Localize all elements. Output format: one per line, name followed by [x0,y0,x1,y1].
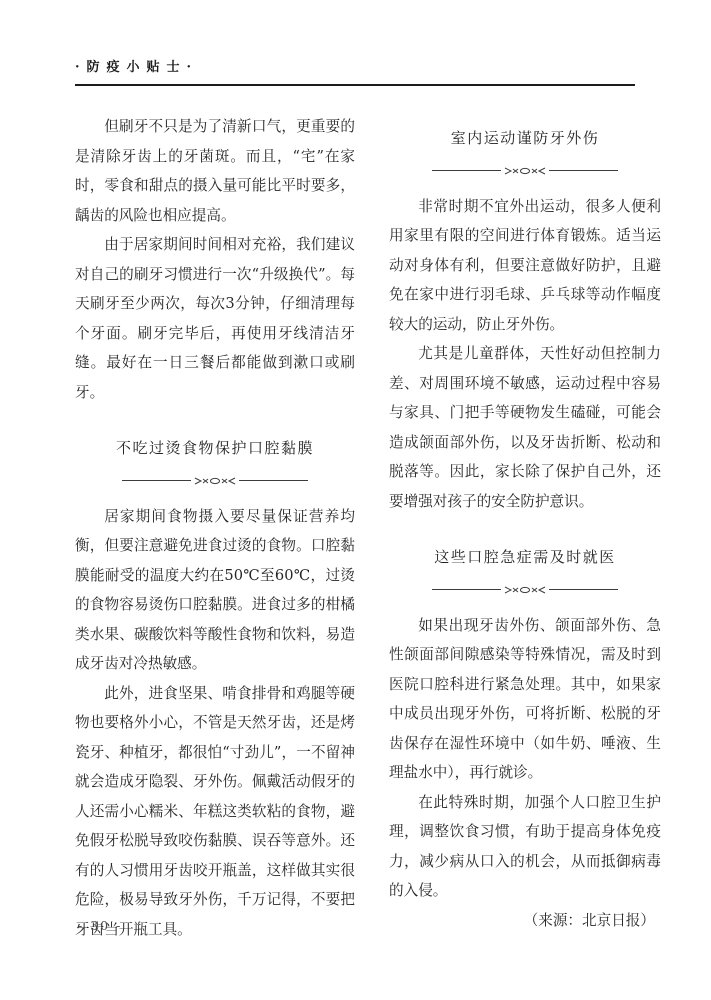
section-title: 这些口腔急症需及时就医 [389,543,661,573]
document-page: ·防疫小贴士· 但刷牙不只是为了清新口气，更重要的是清除牙齿上的牙菌斑。而且，“… [0,0,711,1000]
body-paragraph: 在此特殊时期，加强个人口腔卫生护理，调整饮食习惯，有助于提高身体免疫力，减少病从… [389,788,661,906]
section-divider [432,166,618,176]
section-title: 室内运动谨防牙外伤 [389,124,661,154]
divider-ornament-icon [504,585,546,595]
body-paragraph: 非常时期不宜外出运动，很多人便利用家里有限的空间进行体育锻炼。适当运动对身体有利… [389,192,661,340]
section-title: 不吃过烫食物保护口腔黏膜 [75,434,355,464]
page-number: - 30 - [78,918,122,933]
body-paragraph: 居家期间食物摄入要尽量保证营养均衡，但要注意避免进食过烫的食物。口腔黏膜能耐受的… [75,502,355,679]
page-header-title: ·防疫小贴士· [75,56,661,75]
section-divider [122,476,308,486]
two-column-body: 但刷牙不只是为了清新口气，更重要的是清除牙齿上的牙菌斑。而且，“宅”在家时，零食… [75,112,661,944]
body-paragraph: 此外，进食坚果、啃食排骨和鸡腿等硬物也要格外小心，不管是天然牙齿，还是烤瓷牙、种… [75,679,355,945]
right-column: 室内运动谨防牙外伤 非常时期不宜外出运动，很多人便利用家里有限的空间进行体育锻炼… [389,112,661,944]
divider-line [122,480,191,481]
divider-line [432,589,501,590]
body-paragraph: 尤其是儿童群体，天性好动但控制力差、对周围环境不敏感，运动过程中容易与家具、门把… [389,339,661,516]
divider-line [239,480,308,481]
left-column: 但刷牙不只是为了清新口气，更重要的是清除牙齿上的牙菌斑。而且，“宅”在家时，零食… [75,112,355,944]
divider-line [549,589,618,590]
divider-ornament-icon [194,476,236,486]
masthead: ·防疫小贴士· [75,56,661,86]
body-paragraph: 但刷牙不只是为了清新口气，更重要的是清除牙齿上的牙菌斑。而且，“宅”在家时，零食… [75,112,355,230]
divider-ornament-icon [504,166,546,176]
body-paragraph: 由于居家期间时间相对充裕，我们建议对自己的刷牙习惯进行一次“升级换代”。每天刷牙… [75,230,355,407]
divider-line [432,170,501,171]
section-divider [432,585,618,595]
source-attribution: （来源：北京日报） [389,906,661,936]
header-rule [75,84,635,86]
divider-line [549,170,618,171]
body-paragraph: 如果出现牙齿外伤、颌面部外伤、急性颌面部间隙感染等特殊情况，需及时到医院口腔科进… [389,611,661,788]
